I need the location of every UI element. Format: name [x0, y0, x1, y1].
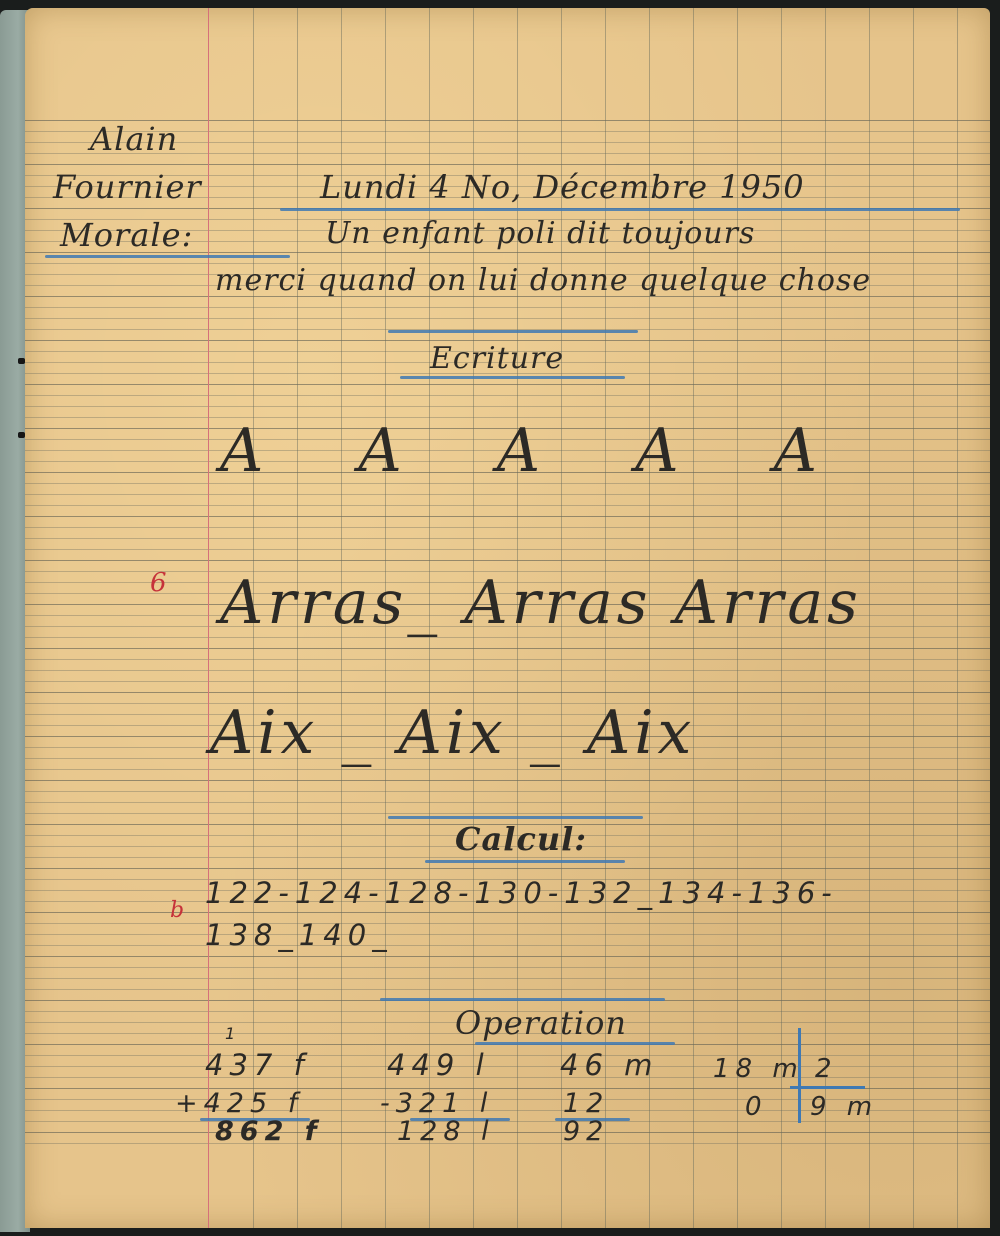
division-dividend: 18 m [713, 1054, 804, 1084]
staple-hole [18, 432, 25, 438]
operation-underline [475, 1042, 675, 1045]
morale-line-2: merci quand on lui donne quelque chose [215, 263, 871, 298]
morale-label: Morale: [60, 216, 193, 254]
morale-line-1: Un enfant poli dit toujours [325, 216, 755, 251]
calcul-line-1: 122-124-128-130-132_134-136- [205, 876, 838, 910]
division-remainder: 0 [745, 1092, 768, 1122]
division-divisor: 2 [815, 1054, 838, 1084]
third-bottom: 12 [563, 1088, 609, 1119]
subtraction-bottom: -321 l [380, 1088, 493, 1119]
addition-top: 437 f [205, 1048, 310, 1082]
calcul-line-2: 138_140_ [205, 918, 393, 952]
operation-title: Operation [455, 1004, 627, 1042]
word-row-arras: Arras_ Arras Arras [220, 568, 862, 638]
calcul-grade: b [170, 898, 185, 923]
staple-hole [18, 358, 25, 364]
date-underline [280, 208, 960, 211]
division-bracket-horizontal [790, 1086, 865, 1089]
ecriture-top-rule [388, 330, 638, 333]
addition-carry: 1 [225, 1024, 241, 1043]
calcul-top-rule [388, 816, 643, 819]
ecriture-title: Ecriture [430, 341, 564, 376]
first-name: Alain [90, 120, 178, 158]
addition-result: 862 f [215, 1116, 323, 1147]
ecriture-grade: 6 [150, 568, 168, 598]
division-bracket-vertical [798, 1028, 801, 1123]
subtraction-top: 449 l [387, 1048, 490, 1082]
letter-row-a: A A A A A [220, 416, 855, 486]
date: Lundi 4 No, Décembre 1950 [320, 168, 805, 206]
notebook-page: Alain Fournier Lundi 4 No, Décembre 1950… [25, 8, 990, 1228]
operation-top-rule [380, 998, 665, 1001]
third-top: 46 m [560, 1048, 658, 1082]
morale-underline [45, 255, 290, 258]
last-name: Fournier [53, 168, 202, 206]
division-quotient: 9 m [810, 1092, 878, 1122]
calcul-underline [425, 860, 625, 863]
third-result: 92 [563, 1116, 609, 1147]
addition-bottom: +425 f [175, 1088, 303, 1119]
ecriture-underline [400, 376, 625, 379]
calcul-title: Calcul: [455, 820, 587, 858]
word-row-aix: Aix _ Aix _ Aix [210, 698, 695, 768]
subtraction-result: 128 l [397, 1116, 495, 1147]
red-margin-line [208, 8, 209, 1228]
